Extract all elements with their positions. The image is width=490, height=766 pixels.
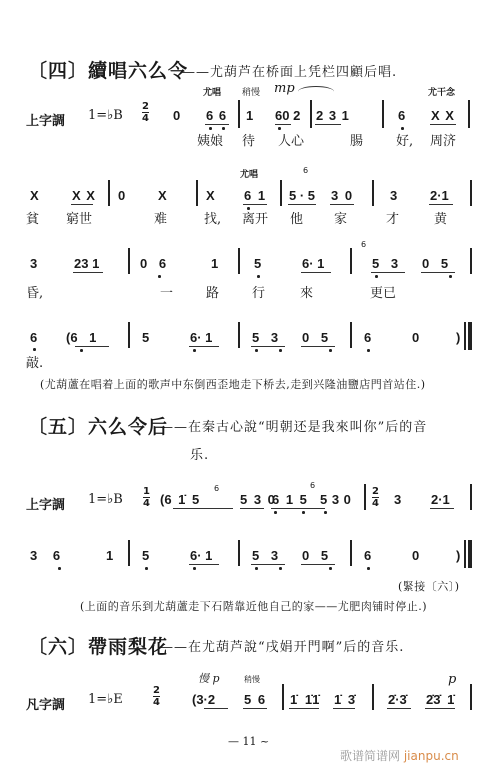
description-text: 在尤葫芦說“戌娟开門啊”后的音乐. [188, 640, 404, 655]
note: (6 1 [66, 330, 96, 345]
grace-note: 6 [310, 481, 315, 490]
barline [128, 322, 130, 348]
lyric: 一 [160, 282, 173, 301]
watermark-en: jianpu.cn [404, 749, 459, 763]
lyric: 昏, [26, 282, 43, 301]
barline [350, 540, 352, 566]
underline [333, 708, 355, 709]
underline [189, 346, 219, 347]
barline [372, 180, 374, 206]
lyric: 黄 [434, 208, 447, 227]
time-sig-bottom: 4 [142, 112, 149, 124]
section-6-number: 〔六〕 [28, 636, 88, 658]
section-6-description: ——在尤葫芦說“戌娟开門啊”后的音乐. [160, 636, 404, 655]
note: X [30, 188, 39, 203]
closing-paren: ) [456, 548, 460, 563]
note: 0 5 [302, 330, 328, 345]
page-number: — 11 ~ [228, 735, 269, 748]
underline [173, 508, 233, 509]
barline [470, 484, 472, 510]
lyric: 窮世 [66, 208, 92, 227]
section-4-title: 〔四〕續唱六么令 [28, 56, 188, 83]
barline [470, 248, 472, 274]
underline [301, 272, 331, 273]
lyric: 來 [300, 282, 313, 301]
key-label: 凡字調 [26, 694, 65, 713]
note: 5 3 0 [320, 492, 351, 507]
barline [350, 248, 352, 274]
lyric: 他 [290, 208, 303, 227]
cue-you-gan-nian: 尤干念 [428, 85, 455, 98]
note: 1 [106, 548, 113, 563]
section-5-description: ——在秦古心說“明朝还是我來叫你”后的音 [160, 416, 427, 435]
cue-you-chang: 尤唱 [203, 85, 221, 98]
section-5-description-cont: 乐. [190, 444, 209, 463]
note: X X [431, 108, 454, 123]
underline [421, 272, 455, 273]
dash: —— [160, 640, 188, 655]
low-dot [58, 567, 61, 570]
barline [128, 248, 130, 274]
note: 2·1 [431, 492, 450, 507]
grace-note: 6 [361, 240, 366, 249]
lyric: 周济 [430, 130, 456, 149]
note: 6 [30, 330, 37, 345]
grace-note: 6 [303, 166, 308, 175]
stage-direction: (尤葫蘆在唱着上面的歌声中东倒西歪地走下桥去,走到兴隆油鹽店門首站住.) [40, 376, 426, 392]
time-signature: 2 4 [153, 685, 160, 708]
low-dot [80, 349, 83, 352]
lyric: 姨娘 [197, 130, 223, 149]
underline [425, 708, 455, 709]
lyric: 行 [252, 282, 265, 301]
note: 5 3 0 [240, 492, 275, 507]
note: 5 6 [244, 692, 265, 707]
note: 0 [412, 330, 419, 345]
dynamic-man-p: 慢 p [198, 670, 220, 686]
underline [301, 346, 335, 347]
watermark-cn: 歌谱简谱网 [340, 749, 400, 763]
note: 5 3 [252, 330, 278, 345]
underline [251, 564, 285, 565]
lyric: 好, [396, 130, 413, 149]
note: X [206, 188, 215, 203]
lyric: 更已 [370, 282, 396, 301]
note: 6 1 [244, 188, 265, 203]
barline [280, 180, 282, 206]
underline [271, 508, 325, 509]
cue-you-chang-2: 尤唱 [240, 167, 258, 180]
note: 6 6 [206, 108, 226, 123]
barline [464, 322, 466, 350]
cue-shao-man: 稍慢 [242, 85, 260, 98]
barline [238, 322, 240, 348]
final-barline [468, 540, 472, 568]
barline [464, 540, 466, 568]
time-signature: 2 4 [142, 101, 149, 124]
time-sig-bottom: 4 [153, 696, 160, 708]
lyric: 敲. [26, 352, 43, 371]
note: 3 [394, 492, 401, 507]
lyric: 人心 [278, 130, 304, 149]
note: 0 5 [422, 256, 448, 271]
barline [470, 180, 472, 206]
closing-paren: ) [456, 330, 460, 345]
note: 5 [142, 330, 149, 345]
note: 3 6 [30, 548, 60, 563]
underline [288, 204, 316, 205]
low-dot [255, 567, 258, 570]
note: 1 [211, 256, 218, 271]
note: 5 · 5 [289, 188, 315, 203]
lyric: 找, [204, 208, 221, 227]
description-text: 尤葫芦在桥面上凭栏四顧后唱. [210, 65, 397, 80]
low-dot [324, 511, 327, 514]
section-4-number: 〔四〕 [28, 60, 88, 82]
dynamic-p: p [448, 672, 456, 687]
underline [301, 564, 335, 565]
lyric: 难 [154, 208, 167, 227]
lyric: 貧 [26, 208, 39, 227]
barline [128, 540, 130, 566]
low-dot [255, 349, 258, 352]
low-dot [302, 511, 305, 514]
section-6-title: 〔六〕帶雨梨花 [28, 632, 168, 659]
low-dot [145, 567, 148, 570]
barline [282, 684, 284, 710]
key-signature: 1=♭B [88, 108, 123, 123]
underline [429, 204, 453, 205]
final-barline [468, 322, 472, 350]
cue-shao-man: 稍慢 [244, 674, 260, 685]
note: 2 3 1 [316, 108, 349, 123]
barline [238, 100, 240, 128]
key-label: 上字調 [26, 494, 65, 513]
barline [470, 684, 472, 710]
note: 5 [142, 548, 149, 563]
section-6-name: 帶雨梨花 [88, 636, 168, 658]
lyric: 离开 [242, 208, 268, 227]
note: 6 [364, 330, 371, 345]
low-dot [158, 275, 161, 278]
underline [243, 204, 267, 205]
low-dot [193, 349, 196, 352]
underline [387, 708, 411, 709]
barline [238, 248, 240, 274]
note: 2̇·3̇ [388, 692, 407, 707]
time-signature-change: 2 4 [372, 486, 379, 509]
underline [205, 124, 229, 125]
barline [372, 684, 374, 710]
description-text: 在秦古心說“明朝还是我來叫你”后的音 [188, 420, 427, 435]
key-signature: 1=♭B [88, 492, 123, 507]
time-sig-bottom: 4 [143, 497, 150, 509]
watermark: 歌谱简谱网 jianpu.cn [340, 747, 459, 764]
dash: —— [182, 65, 210, 80]
note: (3·2 [192, 692, 215, 707]
note: 0 6 [140, 256, 166, 271]
note: 0 5 [302, 548, 328, 563]
lyric: 家 [334, 208, 347, 227]
time-sig-top: 2 [153, 685, 160, 696]
note: 6 [398, 108, 405, 123]
section-4-name: 續唱六么令 [88, 60, 188, 82]
note: 5 3 [252, 548, 278, 563]
key-label: 上字調 [26, 110, 65, 129]
lyric: 才 [386, 208, 399, 227]
barline [310, 100, 312, 128]
underline [315, 124, 341, 125]
underline [75, 346, 109, 347]
lyric: 腸 [350, 130, 363, 149]
note: 23 1 [74, 256, 99, 271]
barline [238, 540, 240, 566]
slur-icon [298, 86, 334, 97]
note: X [158, 188, 167, 203]
underline [240, 508, 264, 509]
barline [108, 180, 110, 206]
barline [350, 322, 352, 348]
note: 1 [246, 108, 253, 123]
dash: —— [160, 420, 188, 435]
underline [204, 708, 228, 709]
barline [364, 484, 366, 510]
underline [251, 346, 285, 347]
note: 3 [390, 188, 397, 203]
barline [382, 100, 384, 128]
low-dot [375, 275, 378, 278]
underline [289, 708, 319, 709]
lyric: 路 [206, 282, 219, 301]
low-dot [279, 349, 282, 352]
low-dot [449, 275, 452, 278]
note: 0 [118, 188, 125, 203]
section-4-description: ——尤葫芦在桥面上凭栏四顧后唱. [182, 61, 397, 80]
low-dot [367, 567, 370, 570]
underline [371, 272, 405, 273]
note: 3 [30, 256, 37, 271]
low-dot [367, 349, 370, 352]
stage-direction: (上面的音乐到尤葫蘆走下石階靠近他自己的家——尤肥肉铺时停止.) [80, 598, 427, 614]
low-dot [329, 349, 332, 352]
underline [330, 204, 354, 205]
underline [71, 204, 93, 205]
underline [430, 508, 454, 509]
note: 60 2 [275, 108, 300, 123]
low-dot [279, 567, 282, 570]
note: X X [72, 188, 95, 203]
note: 1̇ 3̇ [334, 692, 355, 707]
key-signature: 1=♭E [88, 692, 123, 707]
note: 2̇3̇ 1̇ [426, 692, 454, 707]
lyric: 待 [242, 130, 255, 149]
time-signature: 1 4 [143, 486, 150, 509]
underline [275, 124, 291, 125]
note: (6 1̇ 5 [160, 492, 199, 507]
note: 0 [412, 548, 419, 563]
note: 2·1 [430, 188, 449, 203]
note: 6 [364, 548, 371, 563]
time-sig-top: 2 [142, 101, 149, 112]
note: 3 0 [331, 188, 352, 203]
low-dot [329, 567, 332, 570]
underline [243, 708, 267, 709]
underline [430, 124, 456, 125]
dynamic-mp: mp [274, 81, 295, 96]
barline [468, 100, 470, 128]
low-dot [33, 348, 36, 351]
time-sig-top: 1 [143, 486, 150, 497]
underline [73, 272, 103, 273]
note: 5 [254, 256, 261, 271]
time-sig-bottom: 4 [372, 497, 379, 509]
note: 6· 1 [190, 330, 212, 345]
underline [189, 564, 219, 565]
section-5-name: 六么令后 [88, 416, 168, 438]
low-dot [193, 567, 196, 570]
section-5-title: 〔五〕六么令后 [28, 412, 168, 439]
barline [196, 180, 198, 206]
low-dot [257, 275, 260, 278]
note: 6 1 5 [272, 492, 307, 507]
note: 0 [173, 108, 180, 123]
note: 6· 1 [302, 256, 324, 271]
note: 5 3 [372, 256, 398, 271]
time-sig-top: 2 [372, 486, 379, 497]
low-dot [274, 511, 277, 514]
note: 1̇ 1̇1̇ [290, 692, 319, 707]
note: 6· 1 [190, 548, 212, 563]
continuation-note: (緊接〔六〕) [398, 578, 460, 594]
section-5-number: 〔五〕 [28, 416, 88, 438]
grace-note: 6 [214, 484, 219, 493]
